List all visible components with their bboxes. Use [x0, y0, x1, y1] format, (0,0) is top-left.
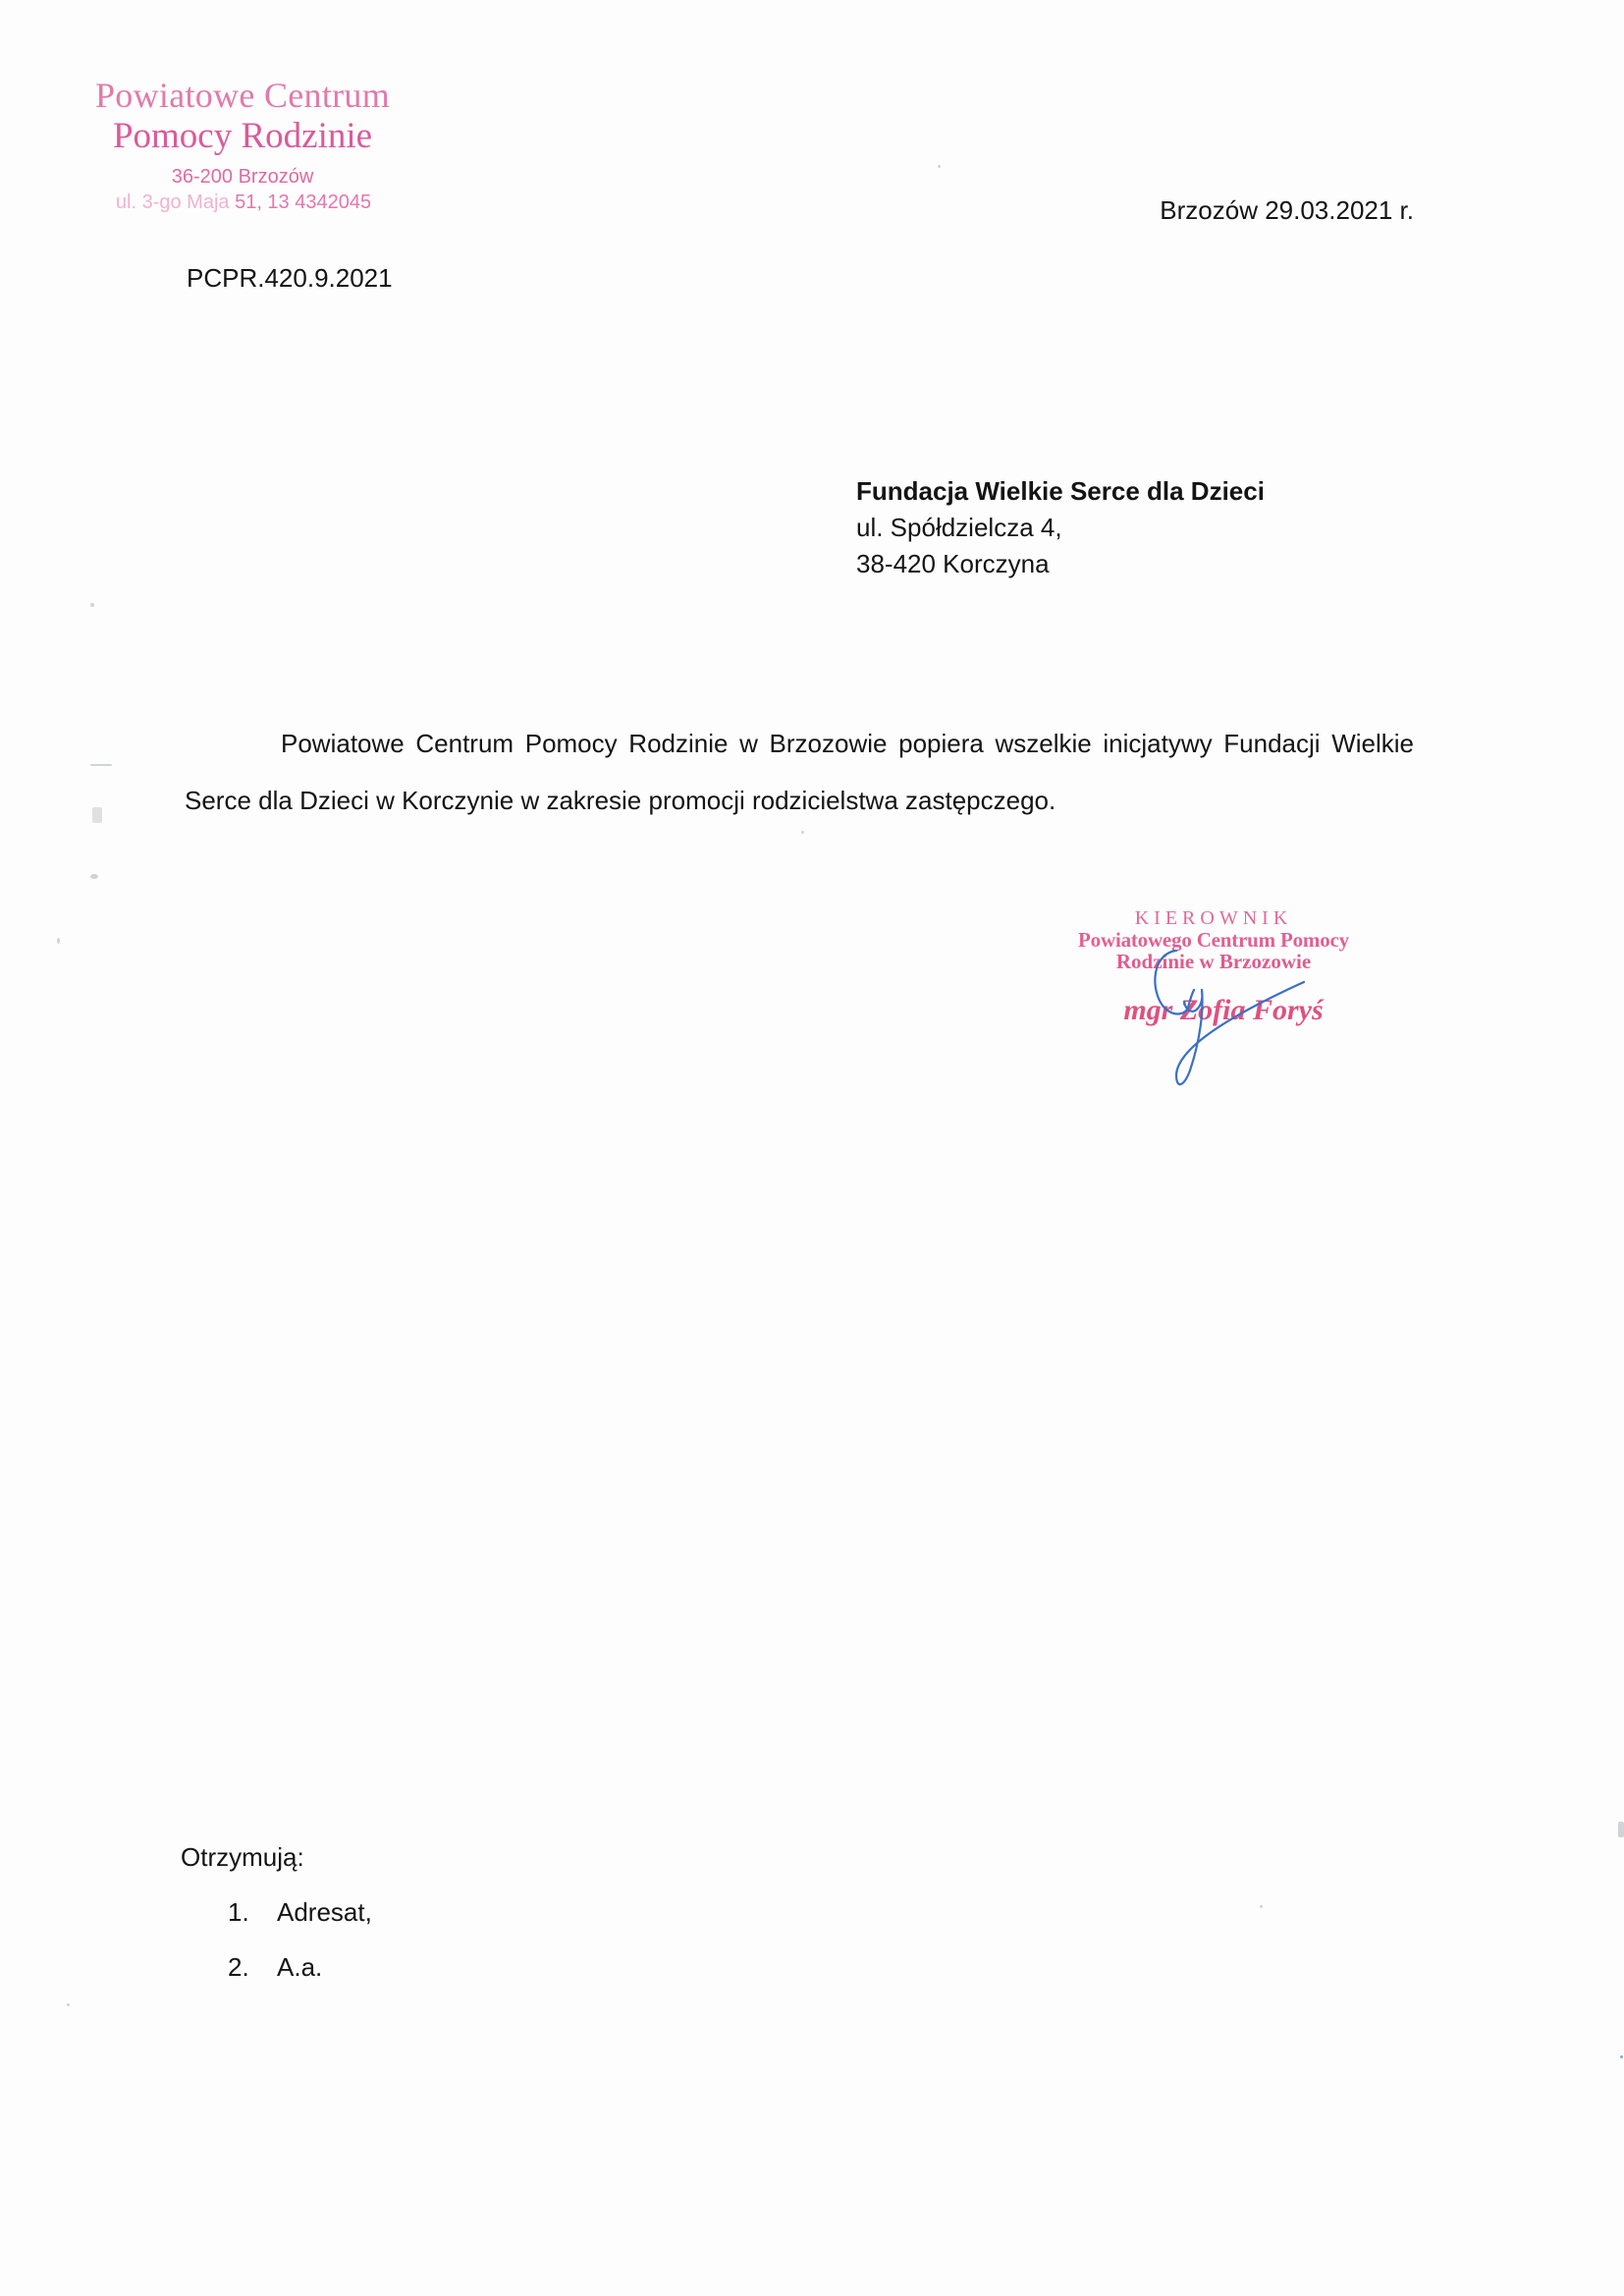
date-line: Brzozów 29.03.2021 r.	[1160, 195, 1414, 226]
distribution-item-number: 1.	[228, 1895, 249, 1929]
stamp-street: ul. 3-go Maja	[116, 191, 230, 213]
scan-speck	[57, 938, 60, 944]
distribution-list: Otrzymują: 1. Adresat, 2. A.a.	[181, 1840, 372, 1984]
signature-stamp-title: KIEROWNIK	[1037, 907, 1390, 929]
scan-speck	[938, 165, 941, 168]
signature-stamp: KIEROWNIK Powiatowego Centrum Pomocy Rod…	[1037, 907, 1390, 1027]
recipient-street: ul. Spółdzielcza 4,	[856, 510, 1265, 546]
stamp-postal-address: 36-200 Brzozów	[61, 163, 424, 191]
stamp-line-1: Powiatowe Centrum	[61, 75, 424, 116]
scan-speck	[1618, 1822, 1624, 1837]
distribution-item: 1. Adresat,	[181, 1895, 372, 1929]
distribution-item-text: Adresat,	[277, 1897, 372, 1927]
scan-speck	[90, 603, 94, 607]
signature-stamp-org-line-2: Rodzinie w Brzozowie	[1037, 951, 1390, 972]
scan-speck	[90, 764, 112, 766]
letter-page: Powiatowe Centrum Pomocy Rodzinie 36-200…	[0, 0, 1624, 2296]
distribution-item-number: 2.	[228, 1950, 249, 1984]
recipient-address: Fundacja Wielkie Serce dla Dzieci ul. Sp…	[856, 473, 1265, 582]
scan-speck	[90, 874, 98, 879]
scan-speck	[1620, 2055, 1623, 2058]
stamp-line-2: Pomocy Rodzinie	[61, 116, 424, 157]
scan-speck	[1260, 1905, 1263, 1908]
reference-number: PCPR.420.9.2021	[187, 263, 393, 294]
institution-header-stamp: Powiatowe Centrum Pomocy Rodzinie 36-200…	[61, 75, 424, 214]
scan-speck	[67, 2003, 70, 2006]
signer-name: mgr Zofia Foryś	[1037, 994, 1390, 1027]
distribution-label: Otrzymują:	[181, 1840, 372, 1874]
distribution-item-text: A.a.	[277, 1952, 322, 1982]
signature-stamp-org-line-1: Powiatowego Centrum Pomocy	[1037, 929, 1390, 951]
distribution-items: 1. Adresat, 2. A.a.	[181, 1895, 372, 1984]
stamp-street-phone: ul. 3-go Maja 51, 13 4342045	[61, 191, 424, 214]
recipient-name: Fundacja Wielkie Serce dla Dzieci	[856, 473, 1265, 510]
distribution-item: 2. A.a.	[181, 1950, 372, 1984]
stamp-number-phone: 51, 13 4342045	[230, 191, 372, 213]
recipient-city: 38-420 Korczyna	[856, 546, 1265, 582]
body-paragraph: Powiatowe Centrum Pomocy Rodzinie w Brzo…	[185, 715, 1414, 829]
scan-speck	[92, 807, 102, 823]
scan-speck	[801, 831, 804, 834]
